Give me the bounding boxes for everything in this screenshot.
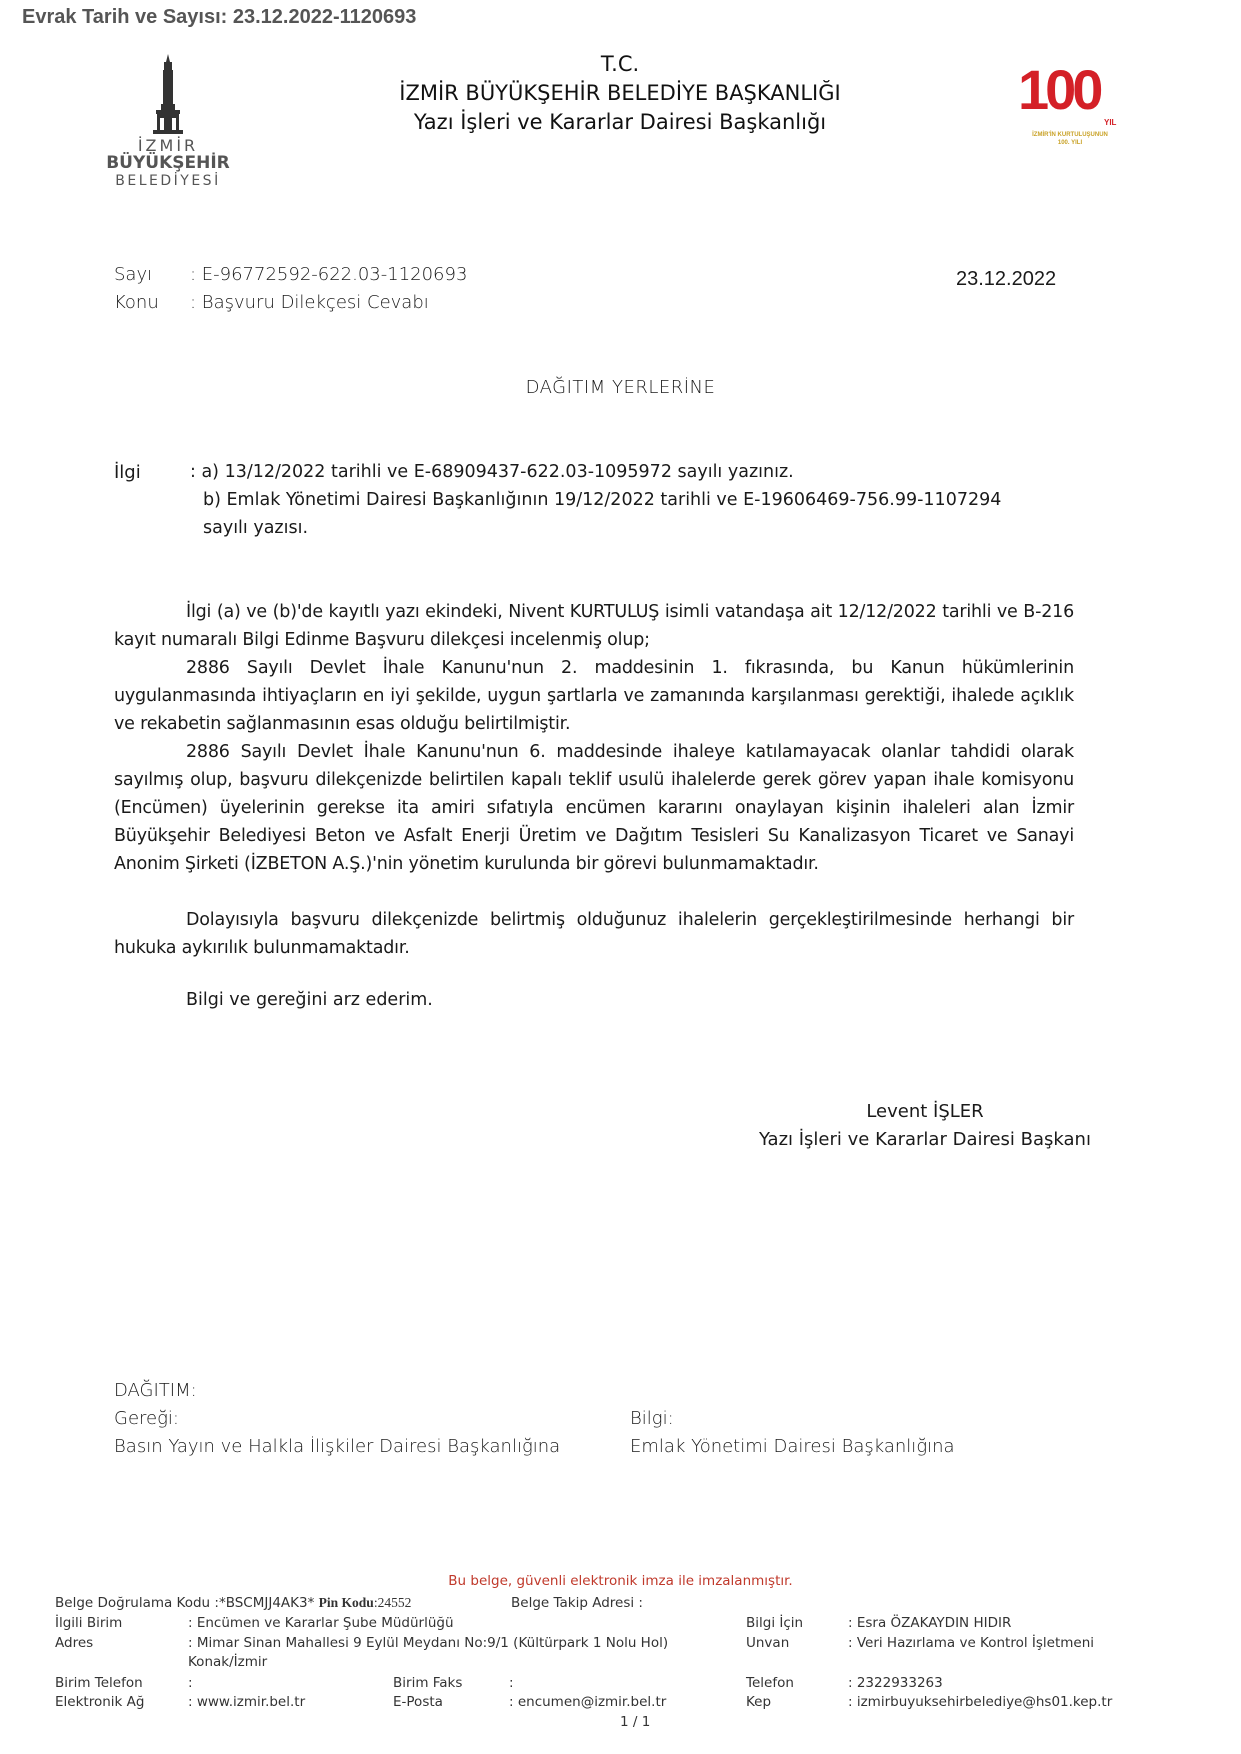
telefon-label: Telefon <box>746 1675 794 1691</box>
horseman-100-icon: 100 <box>1018 62 1099 118</box>
signatory-title: Yazı İşleri ve Kararlar Dairesi Başkanı <box>700 1126 1150 1154</box>
sayi-label: Sayı <box>114 264 152 285</box>
body-paragraph: İlgi (a) ve (b)'de kayıtlı yazı ekindeki… <box>114 598 1074 654</box>
logo-yil: YIL <box>1104 118 1116 127</box>
elektronik-ag-link[interactable]: : www.izmir.bel.tr <box>188 1694 305 1710</box>
birim-value: : Encümen ve Kararlar Şube Müdürlüğü <box>188 1615 454 1631</box>
body-paragraph: 2886 Sayılı Devlet İhale Kanunu'nun 6. m… <box>114 738 1074 878</box>
centennial-logo: 100 YIL İZMİR'İN KURTULUŞUNUN 100. YILI <box>1010 62 1130 152</box>
bilgi-icin-label: Bilgi İçin <box>746 1615 803 1631</box>
page-number: 1 / 1 <box>620 1714 650 1730</box>
birim-faks-label: Birim Faks <box>393 1675 462 1691</box>
header-tc: T.C. <box>360 52 880 76</box>
signatory-name: Levent İŞLER <box>700 1098 1150 1126</box>
adres-value-2: Konak/İzmir <box>188 1654 267 1670</box>
bilgi-label: Bilgi: <box>630 1408 674 1429</box>
birim-faks-value: : <box>509 1675 514 1691</box>
document-stamp: Evrak Tarih ve Sayısı: 23.12.2022-112069… <box>22 6 416 29</box>
header-institution: İZMİR BÜYÜKŞEHİR BELEDİYE BAŞKANLIĞI <box>360 81 880 105</box>
birim-telefon-value: : <box>188 1675 193 1691</box>
logo-caption-1: İZMİR'İN KURTULUŞUNUN <box>1010 132 1130 138</box>
header-department: Yazı İşleri ve Kararlar Dairesi Başkanlı… <box>360 110 880 134</box>
izmir-municipality-logo: İZMİR BÜYÜKŞEHİR BELEDİYESİ <box>103 54 233 184</box>
closing-line: Bilgi ve gereğini arz ederim. <box>186 990 433 1010</box>
logo-text-buyuksehir: BÜYÜKŞEHİR <box>103 155 233 172</box>
adres-value: : Mimar Sinan Mahallesi 9 Eylül Meydanı … <box>188 1635 668 1651</box>
bilgi-icin-value: : Esra ÖZAKAYDIN HIDIR <box>848 1615 1011 1631</box>
elektronik-ag-label: Elektronik Ağ <box>55 1694 144 1710</box>
kep-link[interactable]: : izmirbuyuksehirbelediye@hs01.kep.tr <box>848 1694 1112 1710</box>
ilgi-b-line2: sayılı yazısı. <box>203 518 308 538</box>
konu-value: : Başvuru Dilekçesi Cevabı <box>190 292 429 313</box>
kep-label: Kep <box>746 1694 771 1710</box>
verification-code: Belge Doğrulama Kodu :*BSCMJJ4AK3* Pin K… <box>55 1595 411 1611</box>
birim-label: İlgili Birim <box>55 1615 122 1631</box>
sayi-value: : E-96772592-622.03-1120693 <box>190 264 467 285</box>
unvan-label: Unvan <box>746 1635 789 1651</box>
ilgi-b-line1: b) Emlak Yönetimi Dairesi Başkanlığının … <box>203 490 1001 510</box>
distribution-title: DAĞITIM YERLERİNE <box>0 377 1241 398</box>
document-date: 23.12.2022 <box>956 268 1056 291</box>
unvan-value: : Veri Hazırlama ve Kontrol İşletmeni <box>848 1635 1094 1651</box>
ilgi-a: : a) 13/12/2022 tarihli ve E-68909437-62… <box>190 462 794 482</box>
body-paragraph: 2886 Sayılı Devlet İhale Kanunu'nun 2. m… <box>114 654 1074 738</box>
logo-text-izmir: İZMİR <box>103 138 233 154</box>
eposta-link[interactable]: : encumen@izmir.bel.tr <box>509 1694 666 1710</box>
body-paragraph: Dolayısıyla başvuru dilekçenizde belirtm… <box>114 906 1074 962</box>
birim-telefon-label: Birim Telefon <box>55 1675 143 1691</box>
geregi-label: Gereği: <box>114 1408 179 1429</box>
dagitim-title: DAĞITIM: <box>114 1380 197 1401</box>
eposta-label: E-Posta <box>393 1694 443 1710</box>
esign-notice: Bu belge, güvenli elektronik imza ile im… <box>0 1573 1241 1589</box>
konu-label: Konu <box>114 292 159 313</box>
telefon-value: : 2322933263 <box>848 1675 943 1691</box>
logo-text-belediyesi: BELEDİYESİ <box>103 174 233 188</box>
tracking-address: Belge Takip Adresi : <box>511 1595 643 1611</box>
bilgi-value: Emlak Yönetimi Dairesi Başkanlığına <box>630 1436 955 1457</box>
logo-caption-2: 100. YILI <box>1010 140 1130 146</box>
geregi-value: Basın Yayın ve Halkla İlişkiler Dairesi … <box>114 1436 560 1457</box>
adres-label: Adres <box>55 1635 93 1651</box>
clock-tower-icon <box>153 54 183 136</box>
ilgi-label: İlgi <box>114 462 141 483</box>
